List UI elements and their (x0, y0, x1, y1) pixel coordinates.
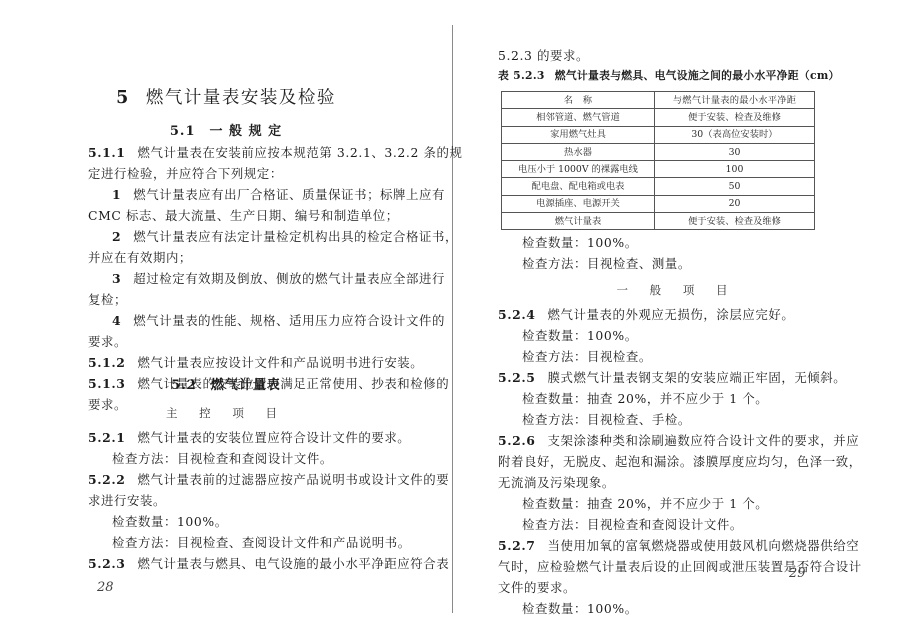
item-number: 2 (112, 229, 121, 244)
clause-number: 5.1.1 (88, 145, 126, 160)
clause-text: 膜式燃气计量表钢支架的安装应端正牢固，无倾斜。 (548, 370, 847, 385)
section-5-1-title: 5.1一 般 规 定 (0, 120, 452, 139)
section-number: 5.2 (171, 378, 197, 393)
table-row: 燃气计量表 便于安装、检查及维修 (502, 213, 815, 230)
check-method: 检查方法：目视检查、测量。 (498, 256, 691, 272)
check-quantity: 检查数量：抽查 20%，并不应少于 1 个。 (498, 391, 768, 407)
clause-5-2-7: 5.2.7当使用加氧的富氧燃烧器或使用鼓风机向燃烧器供给空 (498, 538, 859, 554)
subhead-general-items: 一 般 项 目 (453, 282, 900, 298)
clause-5-2-3: 5.2.3燃气计量表与燃具、电气设施的最小水平净距应符合表 (88, 556, 449, 572)
table-row: 电源插座、电源开关 20 (502, 195, 815, 212)
table-cell: 便于安装、检查及维修 (655, 109, 815, 126)
check-method: 检查方法：目视检查。 (498, 349, 652, 365)
clause-text: 燃气计量表应按设计文件和产品说明书进行安装。 (138, 355, 424, 370)
column-header-name: 名 称 (502, 92, 655, 109)
clause-5-2-1: 5.2.1燃气计量表的安装位置应符合设计文件的要求。 (88, 430, 410, 446)
clause-5-1-2: 5.1.2燃气计量表应按设计文件和产品说明书进行安装。 (88, 355, 423, 371)
check-quantity: 检查数量：100%。 (498, 601, 638, 617)
item-number: 1 (112, 187, 121, 202)
list-item-2: 2燃气计量表应有法定计量检定机构出具的检定合格证书， (88, 229, 458, 245)
table-cell: 30 (655, 143, 815, 160)
clause-number: 5.1.2 (88, 355, 126, 370)
page-number: 28 (97, 580, 114, 595)
clause-text: 燃气计量表前的过滤器应按产品说明书或设计文件的要 (138, 472, 450, 487)
chapter-title-text: 燃气计量表安装及检验 (146, 88, 336, 108)
chapter-number: 5 (116, 88, 130, 108)
left-page: 5燃气计量表安装及检验 5.1一 般 规 定 5.1.1燃气计量表在安装前应按本… (0, 0, 452, 637)
check-method: 检查方法：目视检查、查阅设计文件和产品说明书。 (88, 535, 411, 551)
check-quantity: 检查数量：抽查 20%，并不应少于 1 个。 (498, 496, 768, 512)
clause-number: 5.2.4 (498, 307, 536, 322)
clause-text: 燃气计量表在安装前应按本规范第 3.2.1、3.2.2 条的规 (138, 145, 463, 160)
table-cell: 便于安装、检查及维修 (655, 213, 815, 230)
table-row: 家用燃气灶具 30（表高位安装时） (502, 126, 815, 143)
table-cell: 相邻管道、燃气管道 (502, 109, 655, 126)
check-quantity: 检查数量：100%。 (498, 328, 638, 344)
clause-5-2-5: 5.2.5膜式燃气计量表钢支架的安装应端正牢固，无倾斜。 (498, 370, 846, 386)
table-cell: 配电盘、配电箱或电表 (502, 178, 655, 195)
item-text: CMC 标志、最大流量、生产日期、编号和制造单位； (88, 208, 399, 224)
clause-5-1-1: 5.1.1燃气计量表在安装前应按本规范第 3.2.1、3.2.2 条的规 (88, 145, 462, 161)
clause-5-2-2: 5.2.2燃气计量表前的过滤器应按产品说明书或设计文件的要 (88, 472, 449, 488)
section-title-text: 燃气计量表 (211, 378, 281, 393)
clause-text: 燃气计量表与燃具、电气设施的最小水平净距应符合表 (138, 556, 450, 571)
table-cell: 电源插座、电源开关 (502, 195, 655, 212)
check-method: 检查方法：目视检查和查阅设计文件。 (88, 451, 333, 467)
table-row: 热水器 30 (502, 143, 815, 160)
table-cell: 燃气计量表 (502, 213, 655, 230)
clause-5-2-4: 5.2.4燃气计量表的外观应无损伤，涂层应完好。 (498, 307, 794, 323)
clause-number: 5.2.2 (88, 472, 126, 487)
clause-5-2-6: 5.2.6支架涂漆种类和涂刷遍数应符合设计文件的要求，并应 (498, 433, 859, 449)
item-number: 4 (112, 313, 121, 328)
clause-text: 支架涂漆种类和涂刷遍数应符合设计文件的要求，并应 (548, 433, 860, 448)
clause-text: 附着良好，无脱皮、起泡和漏涂。漆膜厚度应均匀，色泽一致， (498, 454, 862, 470)
table-cell: 50 (655, 178, 815, 195)
chapter-title: 5燃气计量表安装及检验 (0, 84, 452, 109)
section-title-text: 一 般 规 定 (210, 124, 283, 139)
item-text: 燃气计量表应有法定计量检定机构出具的检定合格证书， (133, 229, 458, 244)
table-cell: 热水器 (502, 143, 655, 160)
clause-text: 燃气计量表的安装位置应符合设计文件的要求。 (138, 430, 411, 445)
list-item-1: 1燃气计量表应有出厂合格证、质量保证书；标牌上应有 (88, 187, 445, 203)
check-quantity: 检查数量：100%。 (498, 235, 638, 251)
item-text: 燃气计量表应有出厂合格证、质量保证书；标牌上应有 (133, 187, 445, 202)
list-item-3: 3超过检定有效期及倒放、侧放的燃气计量表应全部进行 (88, 271, 445, 287)
section-5-2-title: 5.2燃气计量表 (0, 374, 452, 393)
clause-text: 定进行检验，并应符合下列规定： (88, 166, 283, 182)
table-number: 表 5.2.3 (498, 69, 545, 82)
table-row: 电压小于 1000V 的裸露电线 100 (502, 161, 815, 178)
clause-text: 气时，应检验燃气计量表后设的止回阀或泄压装置是否符合设计 (498, 559, 862, 575)
item-text: 复检； (88, 292, 127, 308)
clause-number: 5.2.7 (498, 538, 536, 553)
table-cell: 20 (655, 195, 815, 212)
check-quantity: 检查数量：100%。 (88, 514, 228, 530)
clause-text: 当使用加氧的富氧燃烧器或使用鼓风机向燃烧器供给空 (548, 538, 860, 553)
table-cell: 家用燃气灶具 (502, 126, 655, 143)
table-caption-text: 燃气计量表与燃具、电气设施之间的最小水平净距（cm） (555, 69, 840, 82)
table-header-row: 名 称 与燃气计量表的最小水平净距 (502, 92, 815, 109)
table-cell: 30（表高位安装时） (655, 126, 815, 143)
item-text: 并应在有效期内； (88, 250, 192, 266)
clause-number: 5.2.1 (88, 430, 126, 445)
clause-number: 5.2.6 (498, 433, 536, 448)
clause-continuation: 5.2.3 的要求。 (498, 48, 589, 64)
check-method: 检查方法：目视检查、手检。 (498, 412, 691, 428)
column-header-distance: 与燃气计量表的最小水平净距 (655, 92, 815, 109)
check-method: 检查方法：目视检查和查阅设计文件。 (498, 517, 743, 533)
page-number: 29 (789, 566, 806, 581)
clause-text: 文件的要求。 (498, 580, 576, 596)
clause-number: 5.2.3 (88, 556, 126, 571)
table-cell: 100 (655, 161, 815, 178)
clearance-table: 名 称 与燃气计量表的最小水平净距 相邻管道、燃气管道 便于安装、检查及维修 家… (501, 91, 815, 230)
clause-number: 5.2.5 (498, 370, 536, 385)
page-fold-divider (452, 25, 453, 613)
table-row: 配电盘、配电箱或电表 50 (502, 178, 815, 195)
item-text: 超过检定有效期及倒放、侧放的燃气计量表应全部进行 (133, 271, 445, 286)
table-row: 相邻管道、燃气管道 便于安装、检查及维修 (502, 109, 815, 126)
clause-text: 燃气计量表的外观应无损伤，涂层应完好。 (548, 307, 795, 322)
table-caption: 表 5.2.3燃气计量表与燃具、电气设施之间的最小水平净距（cm） (498, 68, 818, 83)
clause-text: 无流淌及污染现象。 (498, 475, 615, 491)
item-text: 燃气计量表的性能、规格、适用压力应符合设计文件的 (133, 313, 445, 328)
subhead-main-items: 主 控 项 目 (0, 405, 452, 421)
item-number: 3 (112, 271, 121, 286)
item-text: 要求。 (88, 334, 127, 350)
table-cell: 电压小于 1000V 的裸露电线 (502, 161, 655, 178)
section-number: 5.1 (170, 124, 196, 139)
list-item-4: 4燃气计量表的性能、规格、适用压力应符合设计文件的 (88, 313, 445, 329)
clause-text: 求进行安装。 (88, 493, 166, 509)
